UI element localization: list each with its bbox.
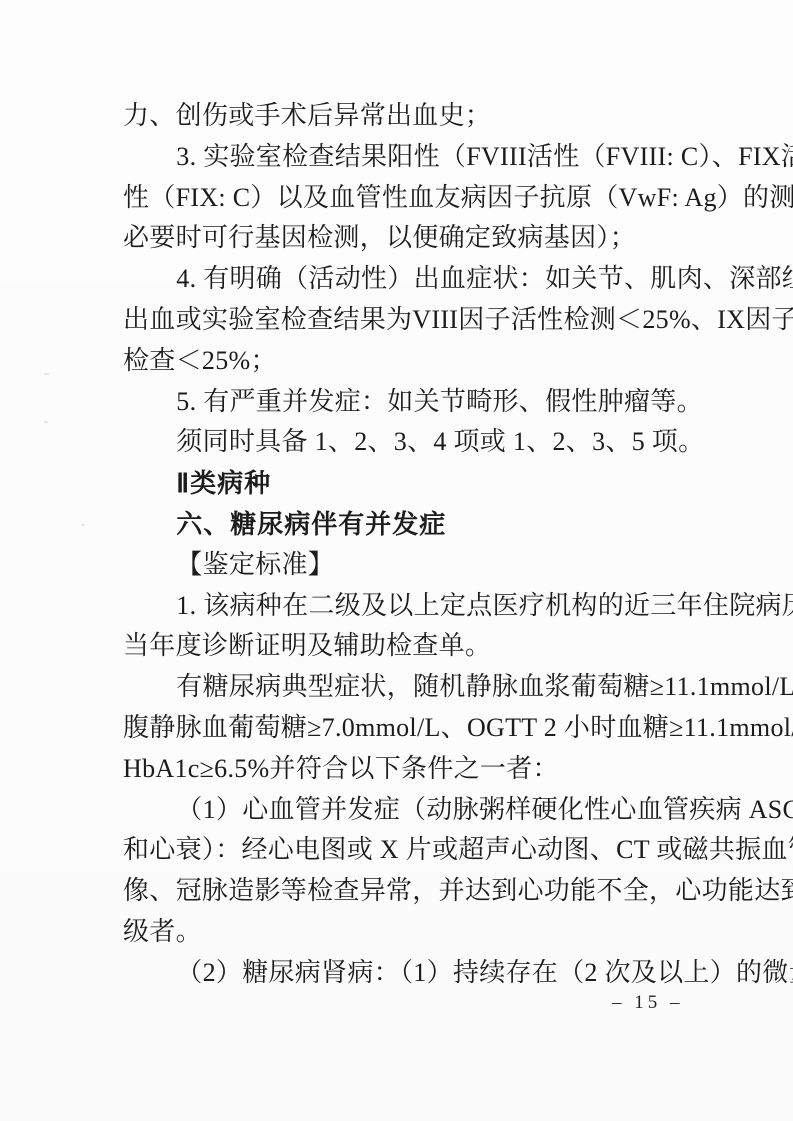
- text-line: 1. 该病种在二级及以上定点医疗机构的近三年住院病历和: [123, 586, 715, 627]
- text-line: 当年度诊断证明及辅助检查单。: [123, 626, 715, 667]
- text-line: Ⅱ类病种: [123, 463, 715, 504]
- text-line: 腹静脉血葡萄糖≥7.0mmol/L、OGTT 2 小时血糖≥11.1mmol/L…: [123, 708, 715, 749]
- text-line: 像、冠脉造影等检查异常，并达到心功能不全，心功能达到三: [123, 871, 715, 912]
- text-line: 须同时具备 1、2、3、4 项或 1、2、3、5 项。: [123, 422, 715, 463]
- text-line: 出血或实验室检查结果为VIII因子活性检测＜25%、IX因子活性: [123, 300, 715, 341]
- text-line: 六、糖尿病伴有并发症: [123, 504, 715, 545]
- text-line: 和心衰）：经心电图或 X 片或超声心动图、CT 或磁共振血管成: [123, 830, 715, 871]
- scan-speck: [44, 421, 48, 423]
- text-line: 5. 有严重并发症：如关节畸形、假性肿瘤等。: [123, 382, 715, 423]
- text-line: （2）糖尿病肾病：（1）持续存在（2 次及以上）的微量白: [123, 953, 715, 994]
- text-line: 力、创伤或手术后异常出血史；: [123, 96, 715, 137]
- text-line: （1）心血管并发症（动脉粥样硬化性心血管疾病 ASCVD: [123, 790, 715, 831]
- text-line: 检查＜25%；: [123, 341, 715, 382]
- text-line: 3. 实验室检查结果阳性（FVIII活性（FVIII: C）、FIX活: [123, 137, 715, 178]
- text-line: 必要时可行基因检测，以便确定致病基因）；: [123, 218, 715, 259]
- text-line: 【鉴定标准】: [123, 545, 715, 586]
- page-number: – 15 –: [612, 992, 684, 1014]
- document-page: 力、创伤或手术后异常出血史；3. 实验室检查结果阳性（FVIII活性（FVIII…: [0, 0, 793, 1121]
- scan-speck: [81, 524, 85, 526]
- text-line: 4. 有明确（活动性）出血症状：如关节、肌肉、深部组织: [123, 259, 715, 300]
- text-line: 有糖尿病典型症状，随机静脉血浆葡萄糖≥11.1mmol/L 或空: [123, 667, 715, 708]
- text-line: 级者。: [123, 912, 715, 953]
- scan-speck: [44, 373, 49, 375]
- text-line: 性（FIX: C）以及血管性血友病因子抗原（VwF: Ag）的测定，: [123, 178, 715, 219]
- text-line: HbA1c≥6.5%并符合以下条件之一者：: [123, 749, 715, 790]
- document-lines: 力、创伤或手术后异常出血史；3. 实验室检查结果阳性（FVIII活性（FVIII…: [123, 96, 715, 994]
